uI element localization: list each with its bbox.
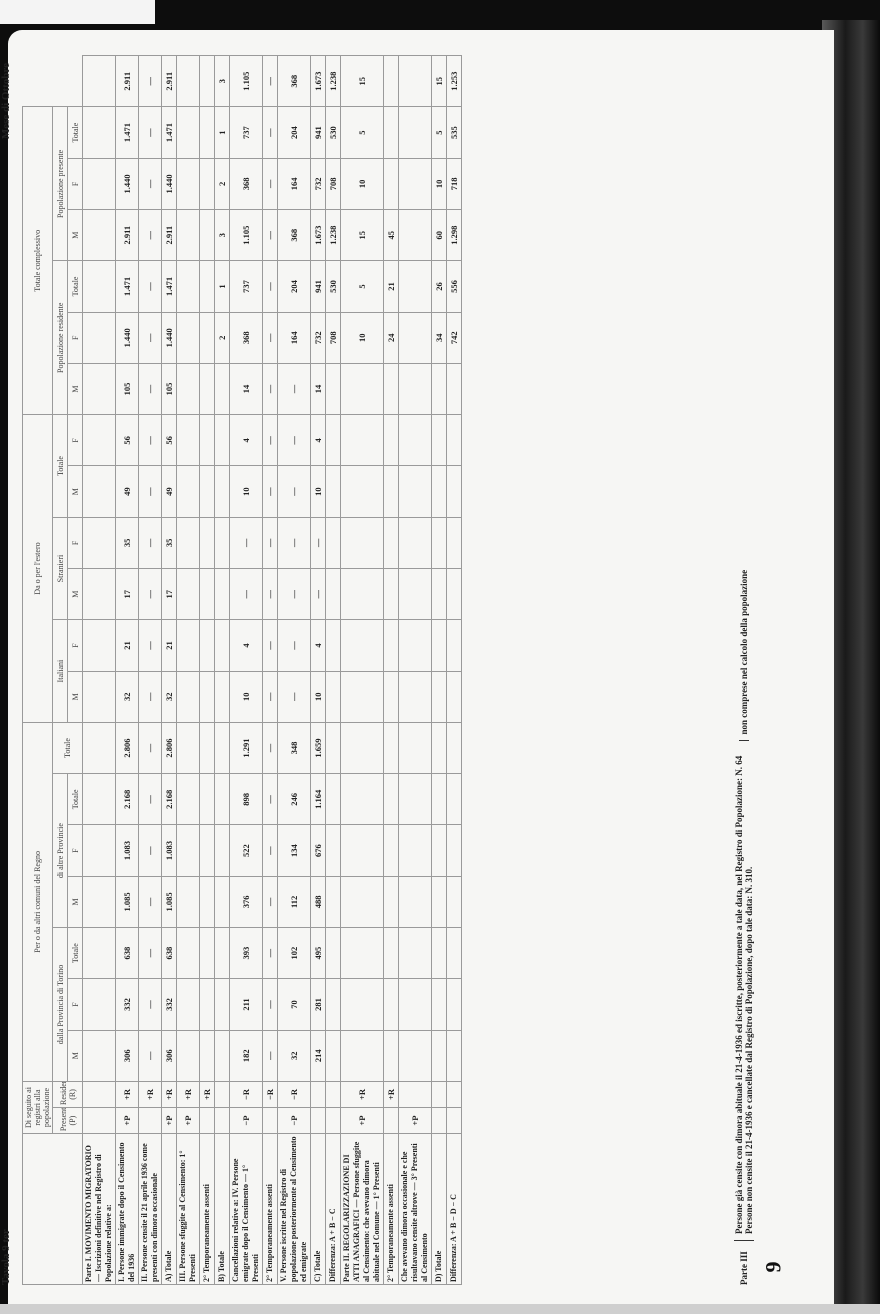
table-cell — [215, 415, 230, 466]
table-cell: 112 — [278, 876, 311, 927]
table-cell: 1.298 — [447, 210, 462, 261]
table-cell — [384, 363, 399, 414]
col-t: Totale — [68, 261, 83, 312]
table-cell: 732 — [311, 312, 326, 363]
row-p-sign — [83, 1108, 116, 1134]
table-cell — [341, 979, 384, 1030]
row-label: Cancellazioni relative a: IV. Persone em… — [230, 1134, 263, 1285]
table-cell — [341, 363, 384, 414]
row-label: Che avevano dimora occasionale e che ris… — [399, 1134, 432, 1285]
table-cell: 21 — [384, 261, 399, 312]
table-cell — [215, 620, 230, 671]
table-cell: 3 — [215, 56, 230, 107]
table-cell — [384, 774, 399, 825]
row-r-sign: +R — [116, 1081, 139, 1107]
table-cell: — — [139, 415, 162, 466]
table-row: V. Persone iscritte nel Registro di popo… — [278, 56, 311, 1285]
table-cell: 332 — [162, 979, 177, 1030]
table-cell — [432, 671, 447, 722]
table-cell: 676 — [311, 825, 326, 876]
table-cell — [399, 363, 432, 414]
table-cell: 10 — [230, 671, 263, 722]
table-cell — [83, 210, 116, 261]
table-cell: 1.085 — [162, 876, 177, 927]
row-p-sign: +P — [399, 1108, 432, 1134]
scan-margin — [0, 0, 155, 24]
table-cell: 1.471 — [116, 261, 139, 312]
table-cell: — — [278, 671, 311, 722]
table-cell — [341, 415, 384, 466]
table-cell: — — [263, 210, 278, 261]
table-cell — [200, 774, 215, 825]
table-cell — [341, 774, 384, 825]
table-cell — [384, 671, 399, 722]
table-cell — [341, 825, 384, 876]
col-f: F — [68, 415, 83, 466]
table-cell: 21 — [116, 620, 139, 671]
row-p-sign — [384, 1108, 399, 1134]
table-cell: 1.085 — [116, 876, 139, 927]
table-cell — [432, 722, 447, 773]
table-row: D) Totale34266010515 — [432, 56, 447, 1285]
table-body: Parte I. MOVIMENTO MIGRATORIO — Iscrizio… — [83, 56, 462, 1285]
row-r-sign: −R — [230, 1081, 263, 1107]
table-cell: — — [263, 569, 278, 620]
table-cell — [399, 210, 432, 261]
table-cell: — — [139, 722, 162, 773]
table-cell: — — [139, 928, 162, 979]
row-label: Differenza: A + B − D − C — [447, 1134, 462, 1285]
table-cell: 34 — [432, 312, 447, 363]
table-cell: — — [263, 979, 278, 1030]
table-cell: 638 — [162, 928, 177, 979]
table-cell — [83, 620, 116, 671]
table-cell: 10 — [341, 312, 384, 363]
table-number: Tavola 9 ter — [0, 1229, 12, 1285]
table-row: 2° Temporaneamente assenti+R — [200, 56, 215, 1285]
table-cell — [326, 671, 341, 722]
col-f: F — [68, 825, 83, 876]
row-label: B) Totale — [215, 1134, 230, 1285]
row-p-sign — [215, 1108, 230, 1134]
col-p: Presente (P) — [53, 1108, 83, 1134]
col-t: Totale — [68, 928, 83, 979]
row-label: 2° Temporaneamente assenti — [384, 1134, 399, 1285]
table-cell: 1.471 — [162, 261, 177, 312]
table-cell: 1.291 — [230, 722, 263, 773]
table-cell — [432, 363, 447, 414]
row-p-sign: −P — [278, 1108, 311, 1134]
table-cell: 14 — [230, 363, 263, 414]
table-cell: 26 — [432, 261, 447, 312]
table-cell — [384, 928, 399, 979]
table-cell — [200, 158, 215, 209]
table-cell — [177, 876, 200, 927]
row-p-sign: +P — [162, 1108, 177, 1134]
table-cell — [326, 363, 341, 414]
table-cell: 522 — [230, 825, 263, 876]
table-cell — [399, 722, 432, 773]
table-cell — [432, 876, 447, 927]
scan-edge — [0, 1304, 880, 1314]
col-t: Totale — [68, 774, 83, 825]
table-cell: 35 — [162, 517, 177, 568]
table-cell — [177, 928, 200, 979]
table-cell — [399, 825, 432, 876]
table-cell: 1.673 — [311, 210, 326, 261]
table-cell: 348 — [278, 722, 311, 773]
table-row: Parte II. REGOLARIZZAZIONE DI ATTI ANAGR… — [341, 56, 384, 1285]
table-cell: 376 — [230, 876, 263, 927]
col-group-estero: Da o per l'estero — [23, 415, 53, 723]
col-f: F — [68, 979, 83, 1030]
row-p-sign: +P — [116, 1108, 139, 1134]
table-cell — [326, 1030, 341, 1081]
footer-lines: Persone già censite con dimora abituale … — [734, 756, 754, 1241]
table-cell — [384, 466, 399, 517]
footer-parte: Parte III — [739, 1251, 749, 1285]
table-cell — [83, 825, 116, 876]
table-cell — [432, 517, 447, 568]
row-r-sign — [215, 1081, 230, 1107]
table-cell: 5 — [341, 107, 384, 158]
table-cell: — — [263, 876, 278, 927]
col-group-regno: Per o da altri comuni del Regno — [23, 722, 53, 1081]
table-cell — [177, 1030, 200, 1081]
col-f: F — [68, 312, 83, 363]
footer-brace-note: non comprese nel calcolo della popolazio… — [739, 570, 749, 742]
table-cell: 5 — [432, 107, 447, 158]
table-cell — [200, 210, 215, 261]
col-m: M — [68, 466, 83, 517]
table-cell — [447, 979, 462, 1030]
table-cell — [177, 671, 200, 722]
table-cell — [447, 722, 462, 773]
table-cell — [447, 1030, 462, 1081]
table-cell — [326, 774, 341, 825]
table-cell — [399, 107, 432, 158]
table-cell — [384, 569, 399, 620]
table-cell: — — [139, 1030, 162, 1081]
table-cell: — — [139, 825, 162, 876]
table-cell: 56 — [162, 415, 177, 466]
table-cell — [200, 1030, 215, 1081]
table-cell — [200, 620, 215, 671]
table-cell: 941 — [311, 107, 326, 158]
table-cell — [341, 466, 384, 517]
col-altre-prov: di altre Provincie — [53, 774, 68, 928]
table-cell — [399, 876, 432, 927]
row-r-sign — [447, 1081, 462, 1107]
table-cell: — — [263, 928, 278, 979]
table-cell — [399, 569, 432, 620]
table-cell: 10 — [432, 158, 447, 209]
table-cell: 1.105 — [230, 56, 263, 107]
col-totale-estero: Totale — [53, 415, 68, 518]
table-cell — [177, 466, 200, 517]
table-cell — [83, 722, 116, 773]
table-cell — [177, 517, 200, 568]
table-cell: 35 — [116, 517, 139, 568]
table-cell: — — [139, 569, 162, 620]
table-cell — [200, 261, 215, 312]
table-cell — [215, 979, 230, 1030]
footer-line-1: Persone già censite con dimora abituale … — [734, 756, 744, 1234]
table-cell — [83, 774, 116, 825]
table-cell: 211 — [230, 979, 263, 1030]
table-row: 2° Temporaneamente assenti−R————————————… — [263, 56, 278, 1285]
table-cell: 214 — [311, 1030, 326, 1081]
table-cell: 306 — [116, 1030, 139, 1081]
row-r-sign — [399, 1081, 432, 1107]
table-cell: — — [263, 107, 278, 158]
row-r-sign: +R — [139, 1081, 162, 1107]
table-cell: — — [311, 517, 326, 568]
col-m: M — [68, 671, 83, 722]
table-cell — [399, 312, 432, 363]
row-label: Parte II. REGOLARIZZAZIONE DI ATTI ANAGR… — [341, 1134, 384, 1285]
table-cell: 530 — [326, 107, 341, 158]
table-cell — [83, 569, 116, 620]
table-cell — [341, 671, 384, 722]
table-cell — [326, 928, 341, 979]
table-cell — [83, 466, 116, 517]
row-label: V. Persone iscritte nel Registro di popo… — [278, 1134, 311, 1285]
row-p-sign — [139, 1108, 162, 1134]
table-cell — [83, 107, 116, 158]
col-pop-residente: Popolazione residente — [53, 261, 68, 415]
table-cell — [326, 722, 341, 773]
row-r-sign: −R — [263, 1081, 278, 1107]
table-cell: 1.083 — [162, 825, 177, 876]
table-cell — [200, 928, 215, 979]
col-m: M — [68, 876, 83, 927]
table-cell: — — [278, 517, 311, 568]
table-cell — [200, 671, 215, 722]
table-cell — [215, 671, 230, 722]
col-italiani: Italiani — [53, 620, 68, 723]
table-cell: 15 — [341, 56, 384, 107]
row-label: I. Persone immigrate dopo il Censimento … — [116, 1134, 139, 1285]
col-register: Di seguito ai registri alla popolazione — [23, 1081, 53, 1133]
table-cell: 4 — [230, 620, 263, 671]
table-cell: 4 — [230, 415, 263, 466]
row-label: Differenza: A + B − C — [326, 1134, 341, 1285]
table-cell — [399, 261, 432, 312]
table-cell: — — [263, 261, 278, 312]
table-cell: 1.471 — [162, 107, 177, 158]
table-cell — [341, 517, 384, 568]
table-cell: — — [263, 722, 278, 773]
row-label: D) Totale — [432, 1134, 447, 1285]
table-row: C) Totale2142814954886761.1641.659104——1… — [311, 56, 326, 1285]
table-cell — [399, 517, 432, 568]
table-cell — [177, 56, 200, 107]
row-r-sign: +R — [177, 1081, 200, 1107]
table-cell — [200, 415, 215, 466]
table-cell — [399, 979, 432, 1030]
col-prov-torino: dalla Provincia di Torino — [53, 928, 68, 1082]
table-cell: 2.911 — [116, 56, 139, 107]
table-cell — [83, 671, 116, 722]
table-cell: 495 — [311, 928, 326, 979]
table-cell — [432, 1030, 447, 1081]
col-f: F — [68, 620, 83, 671]
table-cell: 32 — [278, 1030, 311, 1081]
table-cell — [215, 825, 230, 876]
col-group-totale: Totale complessivo — [23, 107, 53, 415]
table-cell: — — [263, 825, 278, 876]
table-cell: 2.168 — [116, 774, 139, 825]
table-cell: 556 — [447, 261, 462, 312]
col-totale-regno: Totale — [53, 722, 83, 773]
table-cell: 941 — [311, 261, 326, 312]
row-label: 2° Temporaneamente assenti — [263, 1134, 278, 1285]
table-cell: 70 — [278, 979, 311, 1030]
table-cell: — — [263, 671, 278, 722]
col-m: M — [68, 363, 83, 414]
table-cell — [200, 979, 215, 1030]
table-cell — [83, 1030, 116, 1081]
row-label: 2° Temporaneamente assenti — [200, 1134, 215, 1285]
row-r-sign: −R — [278, 1081, 311, 1107]
table-cell — [384, 979, 399, 1030]
table-cell: — — [263, 415, 278, 466]
table-cell: 204 — [278, 261, 311, 312]
table-cell: 2.911 — [162, 210, 177, 261]
table-cell — [200, 466, 215, 517]
row-p-sign — [326, 1108, 341, 1134]
col-f: F — [68, 158, 83, 209]
table-cell: 332 — [116, 979, 139, 1030]
table-cell: 368 — [278, 210, 311, 261]
table-cell — [384, 517, 399, 568]
table-cell: 24 — [384, 312, 399, 363]
table-cell: 1.471 — [116, 107, 139, 158]
table-cell — [432, 415, 447, 466]
table-cell — [215, 928, 230, 979]
table-row: Che avevano dimora occasionale e che ris… — [399, 56, 432, 1285]
table-cell: — — [139, 210, 162, 261]
table-cell — [326, 466, 341, 517]
table-cell: 56 — [116, 415, 139, 466]
table-cell — [83, 261, 116, 312]
table-cell: 1.164 — [311, 774, 326, 825]
row-p-sign: +P — [177, 1108, 200, 1134]
table-cell — [215, 774, 230, 825]
table-cell — [399, 774, 432, 825]
table-cell: — — [263, 158, 278, 209]
row-p-sign — [432, 1108, 447, 1134]
table-cell — [447, 517, 462, 568]
row-r-sign — [83, 1081, 116, 1107]
table-cell: — — [263, 774, 278, 825]
table-cell — [432, 928, 447, 979]
table-cell: 2.168 — [162, 774, 177, 825]
table-cell: — — [278, 415, 311, 466]
table-cell — [177, 312, 200, 363]
table-cell: 134 — [278, 825, 311, 876]
table-cell — [177, 363, 200, 414]
table-cell: — — [139, 261, 162, 312]
table-cell — [399, 1030, 432, 1081]
table-cell — [447, 363, 462, 414]
table-cell — [200, 56, 215, 107]
table-cell: 368 — [230, 312, 263, 363]
table-cell — [399, 415, 432, 466]
table-cell: 4 — [311, 415, 326, 466]
table-cell: 105 — [162, 363, 177, 414]
table-cell: 1 — [215, 261, 230, 312]
table-cell — [341, 620, 384, 671]
table-cell: — — [263, 363, 278, 414]
table-cell: 164 — [278, 158, 311, 209]
table-cell — [177, 620, 200, 671]
table-cell: 49 — [116, 466, 139, 517]
table-cell — [177, 210, 200, 261]
row-p-sign — [447, 1108, 462, 1134]
table-cell: 105 — [116, 363, 139, 414]
table-cell: 10 — [341, 158, 384, 209]
table-cell: 102 — [278, 928, 311, 979]
table-cell — [341, 876, 384, 927]
row-label: III. Persone sfuggite al Censimento: 1° … — [177, 1134, 200, 1285]
row-r-sign: +R — [162, 1081, 177, 1107]
table-cell — [83, 158, 116, 209]
table-cell: 1.440 — [162, 312, 177, 363]
table-cell: 1.440 — [116, 158, 139, 209]
row-r-sign: +R — [384, 1081, 399, 1107]
table-cell — [432, 825, 447, 876]
col-stranieri: Stranieri — [53, 517, 68, 620]
table-cell — [341, 928, 384, 979]
table-cell: 5 — [341, 261, 384, 312]
table-cell — [447, 620, 462, 671]
table-cell — [200, 363, 215, 414]
table-row: Differenza: A + B − C7085301.2387085301.… — [326, 56, 341, 1285]
table-cell: 708 — [326, 312, 341, 363]
table-cell — [432, 620, 447, 671]
table-cell: 60 — [432, 210, 447, 261]
table-cell: 737 — [230, 261, 263, 312]
table-cell: 368 — [278, 56, 311, 107]
table-cell — [177, 774, 200, 825]
table-row: A) Totale+P+R3063326381.0851.0832.1682.8… — [162, 56, 177, 1285]
table-cell — [177, 261, 200, 312]
table-cell — [83, 415, 116, 466]
table-cell: 2.806 — [116, 722, 139, 773]
row-r-sign: +R — [200, 1081, 215, 1107]
rotated-table-page: Movimenti migratori e regolarizzazione d… — [22, 55, 807, 1285]
col-t: Totale — [68, 107, 83, 158]
table-cell: 45 — [384, 210, 399, 261]
table-cell: 737 — [230, 107, 263, 158]
table-cell — [200, 517, 215, 568]
table-cell — [177, 569, 200, 620]
table-cell — [432, 979, 447, 1030]
table-cell — [83, 363, 116, 414]
table-cell: 14 — [311, 363, 326, 414]
row-label: C) Totale — [311, 1134, 326, 1285]
table-cell — [447, 774, 462, 825]
table-cell: 1.440 — [116, 312, 139, 363]
table-cell — [447, 671, 462, 722]
table-row: II. Persone censite il 21 aprile 1936 co… — [139, 56, 162, 1285]
table-cell: 15 — [432, 56, 447, 107]
table-cell: — — [278, 620, 311, 671]
table-cell: 2.911 — [162, 56, 177, 107]
table-cell — [200, 825, 215, 876]
